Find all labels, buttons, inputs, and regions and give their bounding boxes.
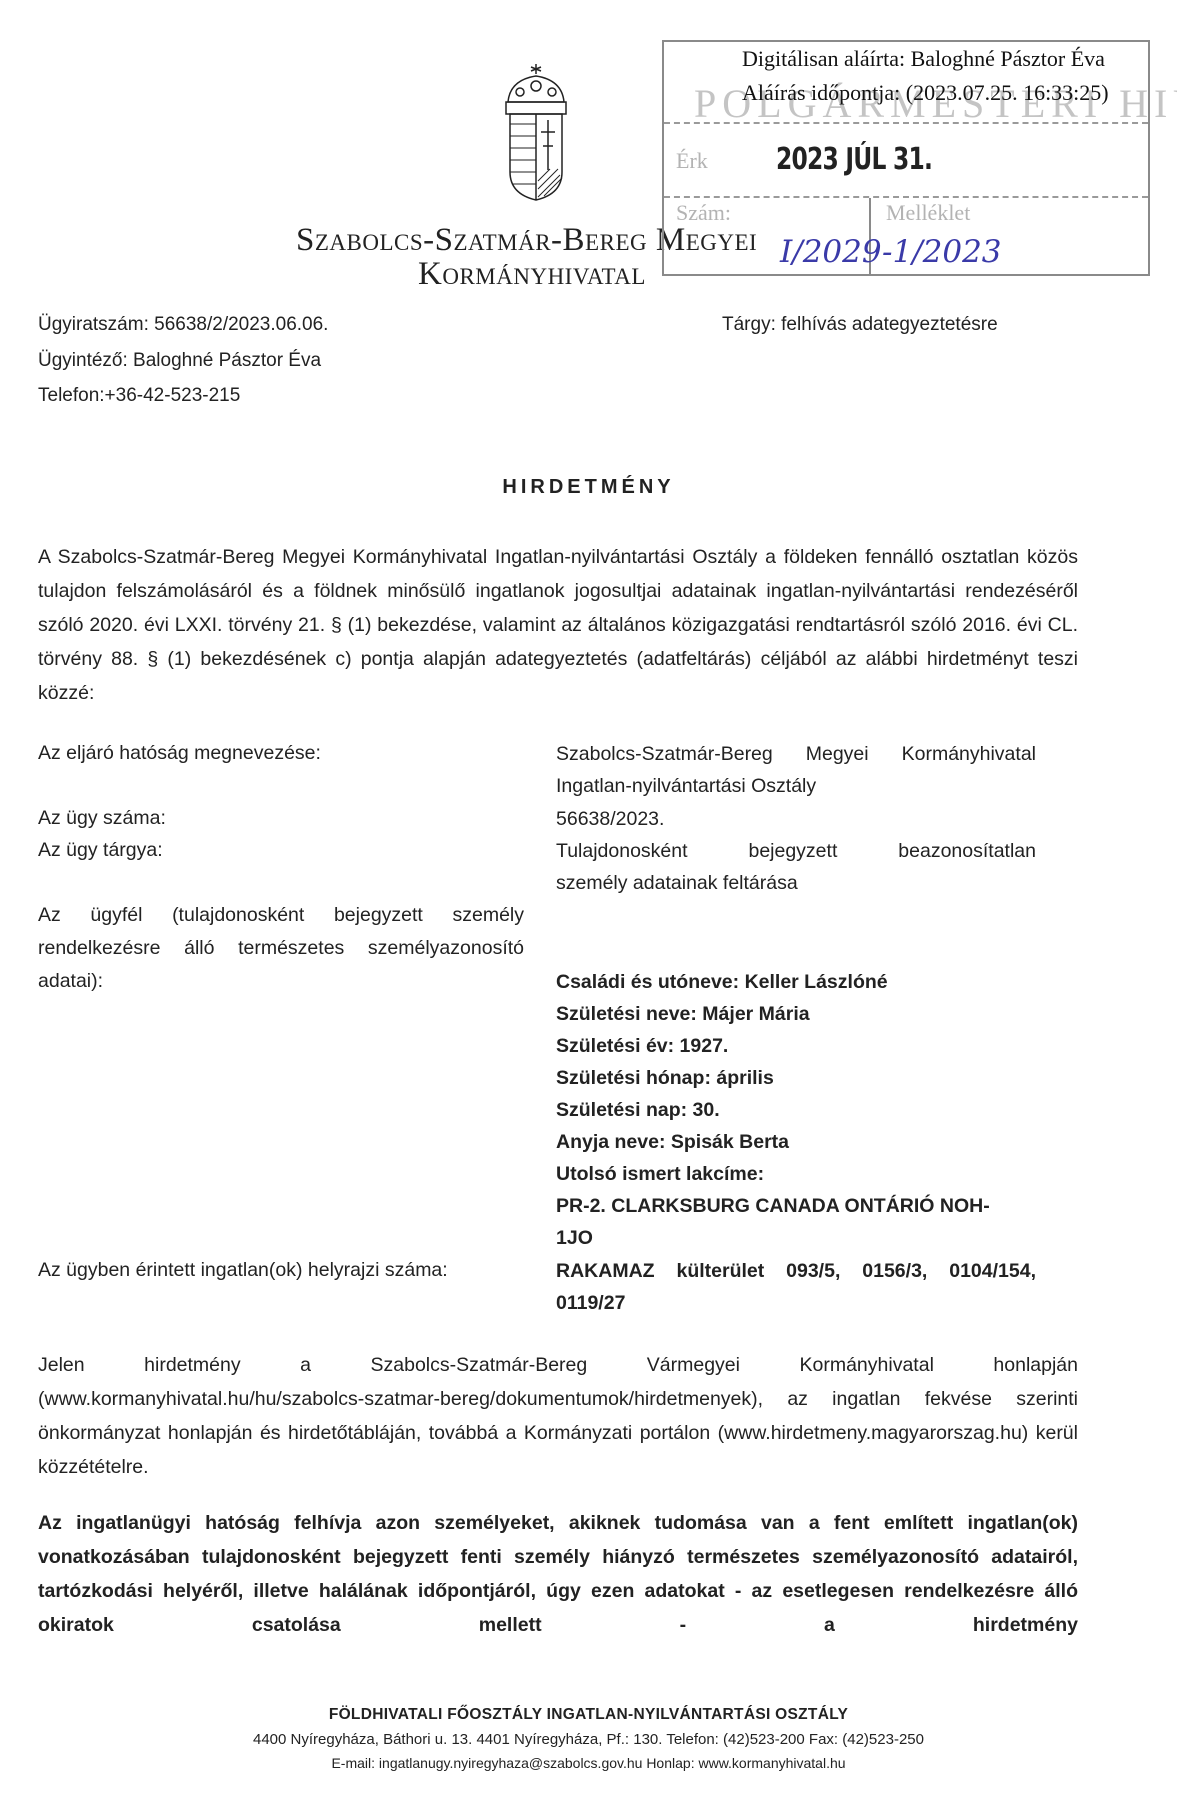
stamp-received-label: Érk <box>676 148 708 174</box>
client-family-name: Családi és utóneve: Keller Lászlóné <box>556 966 1036 998</box>
client-label-line2: rendelkezésre álló természetes személyaz… <box>38 937 524 960</box>
client-birth-day: Születési nap: 30. <box>556 1094 1036 1126</box>
case-subject-value-line2: személy adatainak feltárása <box>556 867 1036 899</box>
handwritten-number: I/2029 <box>780 234 882 270</box>
handwritten-attachment: -1/2023 <box>882 234 1002 270</box>
stamp-received-date: 2023 JÚL 31. <box>776 142 932 177</box>
parcel-value-line1: RAKAMAZ külterület 093/5, 0156/3, 0104/1… <box>556 1255 1036 1287</box>
authority-label: Az eljáró hatóság megnevezése: <box>38 742 321 765</box>
document-title: HIRDETMÉNY <box>0 476 1177 499</box>
client-address-line1: PR-2. CLARKSBURG CANADA ONTÁRIÓ NOH- <box>556 1190 1036 1222</box>
stamp-attachment-label: Melléklet <box>886 200 970 226</box>
footer-address: 4400 Nyíregyháza, Báthori u. 13. 4401 Ny… <box>0 1731 1177 1748</box>
case-subject-value-line1: Tulajdonosként bejegyzett beazonosítatla… <box>556 835 1036 867</box>
intro-paragraph: A Szabolcs-Szatmár-Bereg Megyei Kormányh… <box>38 540 1078 710</box>
client-label-line3: adatai): <box>38 970 103 993</box>
phone-number: Telefon:+36-42-523-215 <box>38 385 240 407</box>
client-birth-name: Születési neve: Májer Mária <box>556 998 1036 1030</box>
case-file-number: Ügyiratszám: 56638/2/2023.06.06. <box>38 314 328 336</box>
footer-contact: E-mail: ingatlanugy.nyiregyhaza@szabolcs… <box>0 1755 1177 1771</box>
client-label-line1: Az ügyfél (tulajdonosként bejegyzett sze… <box>38 904 524 927</box>
client-mother-name: Anyja neve: Spisák Berta <box>556 1126 1036 1158</box>
digital-signature-timestamp: Aláírás időpontja: (2023.07.25. 16:33:25… <box>742 80 1109 106</box>
authority-value-line2: Ingatlan-nyilvántartási Osztály <box>556 770 1036 802</box>
parcel-label: Az ügyben érintett ingatlan(ok) helyrajz… <box>38 1259 448 1282</box>
client-birth-month: Születési hónap: április <box>556 1062 1036 1094</box>
case-subject-label: Az ügy tárgya: <box>38 839 163 862</box>
parcel-value-line2: 0119/27 <box>556 1287 1036 1319</box>
stamp-number-label: Szám: <box>676 200 731 226</box>
client-address-label: Utolsó ismert lakcíme: <box>556 1158 1036 1190</box>
publication-paragraph: Jelen hirdetmény a Szabolcs-Szatmár-Bere… <box>38 1348 1078 1484</box>
client-address-line2: 1JO <box>556 1222 1036 1254</box>
client-birth-year: Születési év: 1927. <box>556 1030 1036 1062</box>
digital-signature-signer: Digitálisan aláírta: Baloghné Pásztor Év… <box>742 46 1105 72</box>
organization-name-line2: Kormányhivatal <box>418 256 646 293</box>
call-paragraph: Az ingatlanügyi hatóság felhívja azon sz… <box>38 1506 1078 1642</box>
footer-department: FÖLDHIVATALI FŐOSZTÁLY INGATLAN-NYILVÁNT… <box>0 1706 1177 1724</box>
case-officer: Ügyintéző: Baloghné Pásztor Éva <box>38 350 321 372</box>
authority-value-line1: Szabolcs-Szatmár-Bereg Megyei Kormányhiv… <box>556 738 1036 770</box>
received-stamp: POLGÁRMESTERI HIVATALA Érk 2023 JÚL 31. … <box>662 40 1150 276</box>
case-number-label: Az ügy száma: <box>38 807 166 830</box>
case-number-value: 56638/2023. <box>556 803 1036 835</box>
hungarian-coat-of-arms-icon <box>500 62 572 202</box>
subject-line: Tárgy: felhívás adategyeztetésre <box>722 314 998 336</box>
